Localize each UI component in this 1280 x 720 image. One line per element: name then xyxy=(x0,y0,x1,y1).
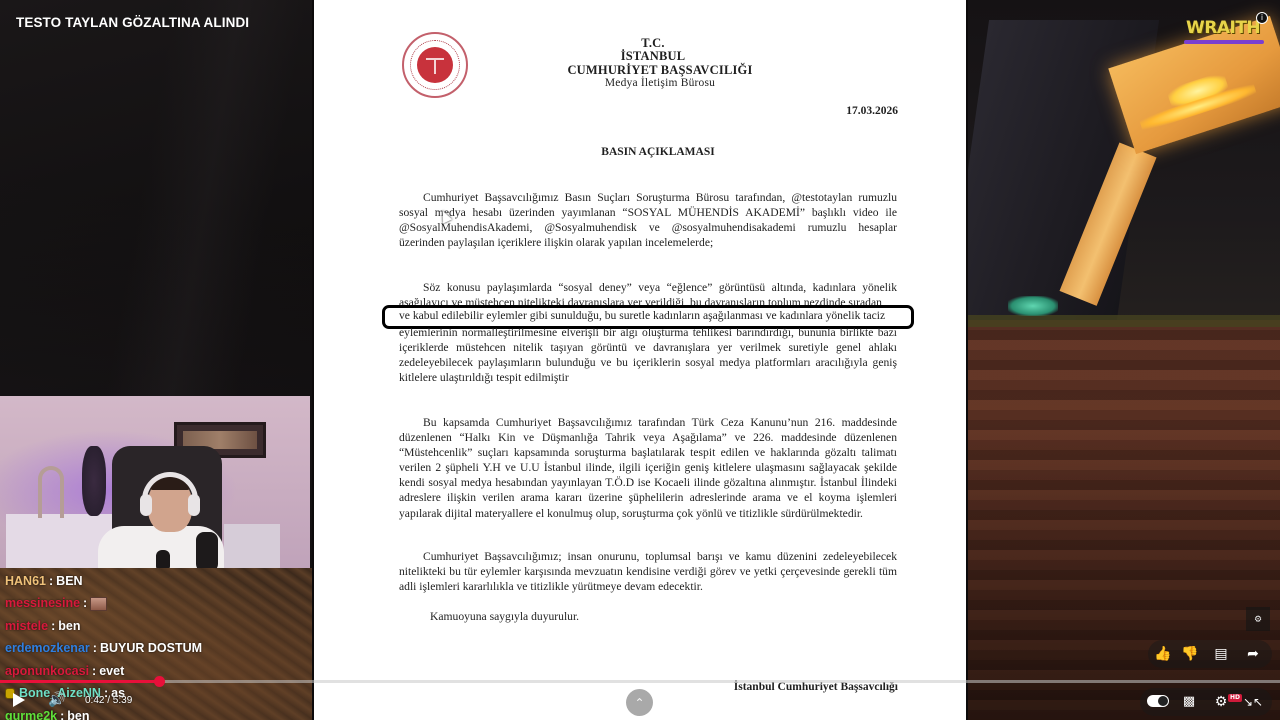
hd-badge: HD xyxy=(1228,694,1242,702)
thumbs-up-icon[interactable]: 👍 xyxy=(1153,644,1173,664)
paragraph-1: Cumhuriyet Başsavcılığımız Basın Suçları… xyxy=(399,190,897,250)
chat-text: BUYUR DOSTUM xyxy=(100,641,202,656)
time-display: 0:42 / 5:39 xyxy=(85,695,132,706)
paragraph-3: Bu kapsamda Cumhuriyet Başsavcılığımız t… xyxy=(399,415,897,521)
comment-icon[interactable]: ▤ xyxy=(1211,644,1231,664)
stream-title: TESTO TAYLAN GÖZALTINA ALINDI xyxy=(16,15,249,30)
chat-username[interactable]: erdemozkenar xyxy=(5,641,90,656)
paragraph-5: Kamuoyuna saygıyla duyurulur. xyxy=(430,609,928,624)
chat-text: ben xyxy=(67,709,89,720)
chevron-up-icon[interactable]: ⌃ xyxy=(626,689,653,716)
header-bureau: Medya İletişim Bürosu xyxy=(334,77,986,89)
share-icon[interactable]: ➦ xyxy=(1243,644,1263,664)
progress-bar[interactable] xyxy=(0,680,1280,683)
chat-message: mistele:ben xyxy=(5,615,305,638)
chat-text: evet xyxy=(99,664,124,679)
document-date: 17.03.2026 xyxy=(846,105,898,117)
paragraph-4: Cumhuriyet Başsavcılığımız; insan onurun… xyxy=(399,549,897,594)
thumbs-down-icon[interactable]: 👎 xyxy=(1180,644,1200,664)
chat-text: ben xyxy=(58,619,80,634)
header-istanbul: İSTANBUL xyxy=(327,49,979,64)
chat-message: messinesine: xyxy=(5,593,305,616)
paragraph-2-continued: eylemlerinin normalleştirilmesine elveri… xyxy=(399,325,897,385)
chat-username[interactable]: mistele xyxy=(5,619,48,634)
exit-fullscreen-icon[interactable]: ↘↖ xyxy=(1243,692,1263,712)
progress-fill xyxy=(0,680,159,683)
autoplay-toggle[interactable] xyxy=(1147,695,1169,707)
highlighted-line: ve kabul edilebilir eylemler gibi sunuld… xyxy=(399,309,885,322)
game-hud-icon: ⚙ xyxy=(1246,607,1270,631)
chat-username[interactable]: messinesine xyxy=(5,596,80,611)
emote-icon xyxy=(90,597,107,611)
chat-username[interactable]: gurme2k xyxy=(5,709,57,720)
volume-icon[interactable]: 🔊 xyxy=(48,692,65,708)
chat-username[interactable]: HAN61 xyxy=(5,574,46,589)
header-office: CUMHURİYET BAŞSAVCILIĞI xyxy=(334,63,986,78)
microphone xyxy=(156,550,170,568)
chat-text: BEN xyxy=(56,574,82,589)
webcam-feed xyxy=(0,396,310,568)
chat-username[interactable]: aponunkocasi xyxy=(5,664,89,679)
progress-scrubber[interactable] xyxy=(154,676,165,687)
chat-message: HAN61:BEN xyxy=(5,570,305,593)
chat-message: erdemozkenar:BUYUR DOSTUM xyxy=(5,638,305,661)
play-icon[interactable] xyxy=(13,693,25,707)
game-footage xyxy=(968,0,1280,720)
wraith-logo: WRAITH i xyxy=(1184,15,1268,45)
captions-icon[interactable]: ▩ xyxy=(1179,692,1199,712)
document-heading: BASIN AÇIKLAMASI xyxy=(332,146,984,158)
press-release-document: T.C. İSTANBUL CUMHURİYET BAŞSAVCILIĞI Me… xyxy=(314,0,966,720)
info-icon[interactable]: i xyxy=(1256,12,1268,24)
